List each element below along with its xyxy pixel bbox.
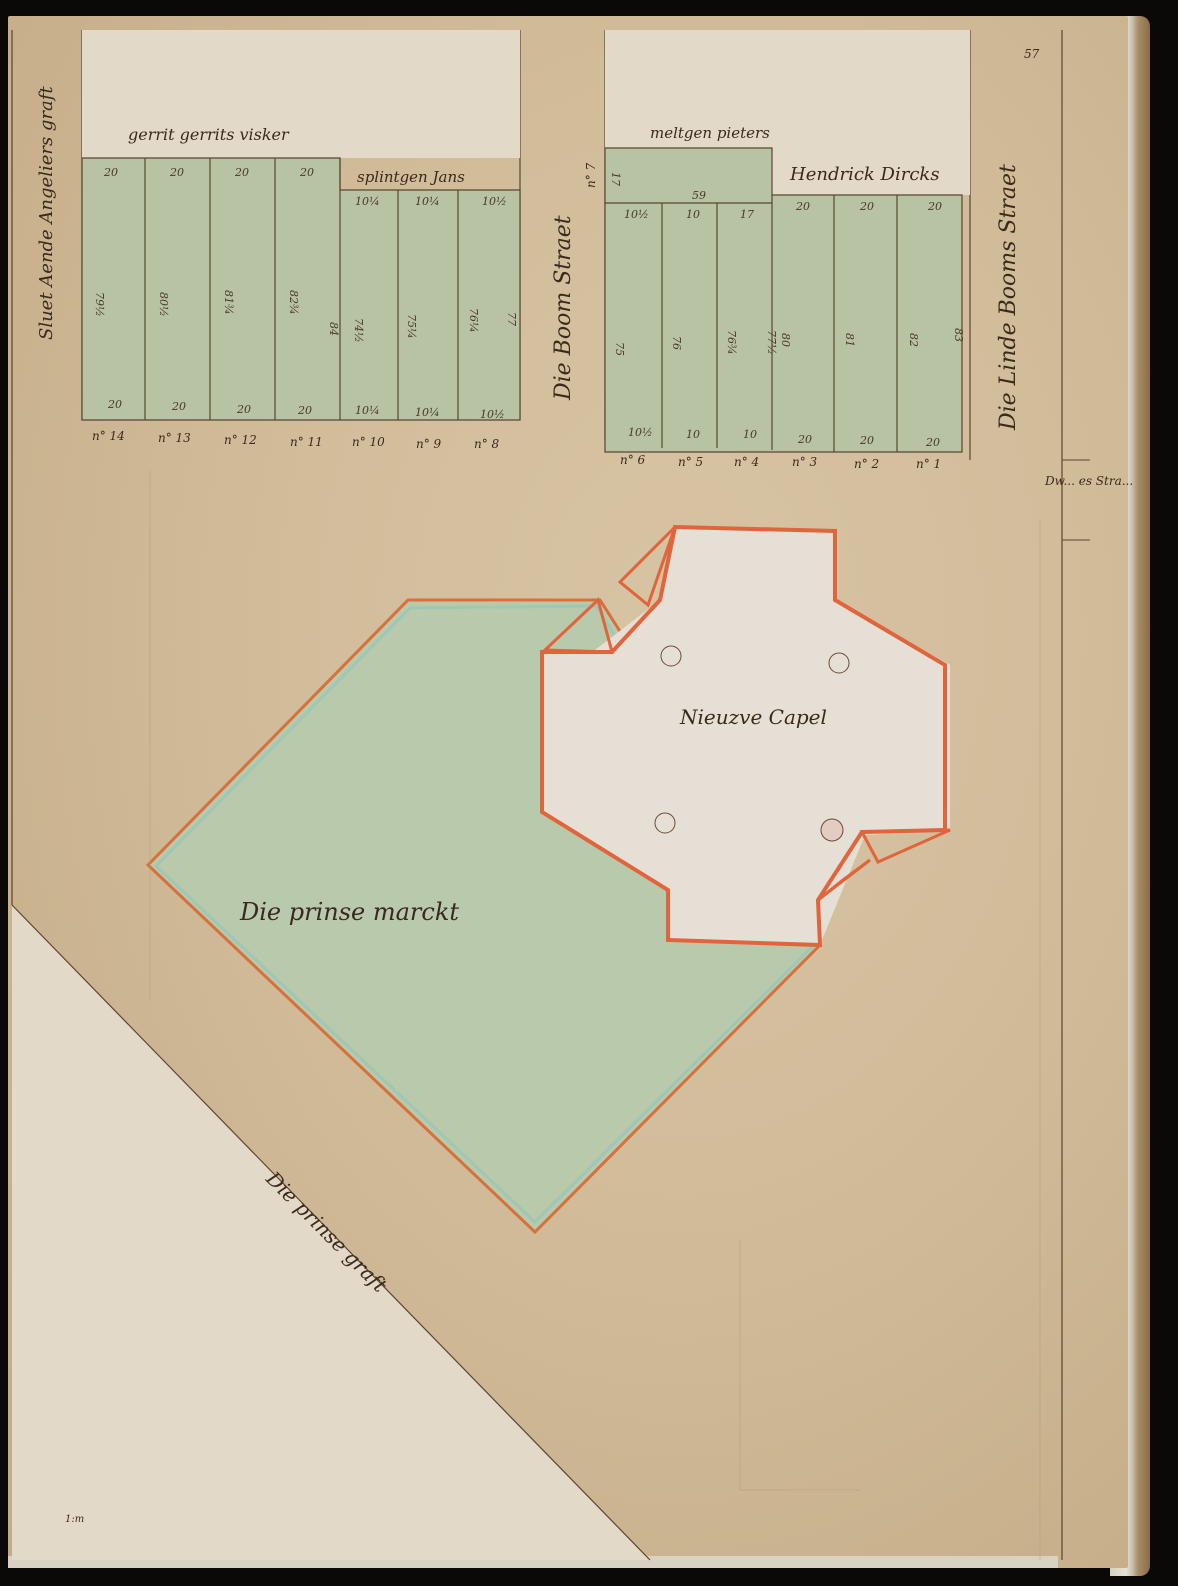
- svg-text:20: 20: [169, 166, 184, 179]
- svg-text:20: 20: [297, 404, 312, 417]
- svg-text:20: 20: [795, 200, 810, 213]
- street-number-middle: n° 7: [584, 162, 598, 188]
- svg-text:20: 20: [107, 398, 122, 411]
- svg-text:10¼: 10¼: [355, 195, 380, 208]
- svg-text:20: 20: [797, 433, 812, 446]
- pencil-note: 1:m: [65, 1514, 84, 1525]
- svg-text:75: 75: [613, 342, 626, 356]
- svg-text:20: 20: [236, 403, 251, 416]
- right-block-lot-numbers: n° 6 n° 5 n° 4 n° 3 n° 2 n° 1: [620, 453, 941, 471]
- svg-text:10¼: 10¼: [415, 406, 440, 419]
- svg-text:76¾: 76¾: [725, 330, 738, 355]
- svg-text:79½: 79½: [93, 292, 106, 317]
- owner-label: splintgen Jans: [357, 168, 465, 186]
- svg-text:n° 3: n° 3: [792, 455, 818, 469]
- svg-text:n° 2: n° 2: [854, 457, 879, 471]
- svg-text:10½: 10½: [480, 408, 505, 421]
- svg-text:n° 8: n° 8: [474, 437, 500, 451]
- svg-text:n° 9: n° 9: [416, 437, 442, 451]
- chapel-label: Nieuzve Capel: [679, 705, 827, 729]
- owner-label: Hendrick Dircks: [789, 164, 940, 185]
- svg-text:80: 80: [779, 333, 792, 347]
- svg-text:81: 81: [843, 333, 856, 347]
- svg-text:20: 20: [299, 166, 314, 179]
- svg-text:76¼: 76¼: [467, 308, 480, 333]
- svg-text:n° 12: n° 12: [224, 433, 257, 447]
- svg-text:10: 10: [686, 208, 700, 221]
- svg-text:10: 10: [743, 428, 757, 441]
- svg-text:74½: 74½: [352, 318, 365, 343]
- street-label-right: Die Linde Booms Straet: [996, 164, 1021, 431]
- svg-text:n° 10: n° 10: [352, 435, 385, 449]
- svg-text:n° 14: n° 14: [92, 429, 125, 443]
- svg-text:10½: 10½: [482, 195, 507, 208]
- svg-text:84: 84: [327, 322, 340, 336]
- svg-text:20: 20: [925, 436, 940, 449]
- street-label-left: Sluet Aende Angeliers graft: [36, 86, 57, 340]
- svg-text:n° 1: n° 1: [916, 457, 941, 471]
- svg-text:10¼: 10¼: [355, 404, 380, 417]
- svg-text:n° 5: n° 5: [678, 455, 703, 469]
- svg-text:59: 59: [692, 189, 706, 202]
- svg-text:10¼: 10¼: [415, 195, 440, 208]
- svg-text:20: 20: [927, 200, 942, 213]
- svg-text:77: 77: [505, 312, 518, 326]
- street-label-middle: Die Boom Straet: [551, 215, 576, 401]
- svg-text:17: 17: [609, 172, 622, 186]
- svg-text:n° 6: n° 6: [620, 453, 646, 467]
- svg-text:20: 20: [171, 400, 186, 413]
- svg-text:80½: 80½: [157, 292, 170, 317]
- svg-text:82: 82: [907, 333, 920, 347]
- market-label: Die prinse marckt: [239, 898, 459, 926]
- svg-text:17: 17: [740, 208, 754, 221]
- svg-text:83: 83: [952, 328, 965, 342]
- svg-text:77½: 77½: [765, 330, 778, 355]
- svg-text:20: 20: [859, 434, 874, 447]
- svg-text:20: 20: [103, 166, 118, 179]
- svg-text:20: 20: [859, 200, 874, 213]
- svg-text:n° 13: n° 13: [158, 431, 191, 445]
- left-block: [82, 158, 520, 420]
- svg-text:75¼: 75¼: [405, 314, 418, 339]
- svg-text:81¾: 81¾: [222, 290, 235, 315]
- svg-text:10: 10: [686, 428, 700, 441]
- street-label-far-right: Dw... es Stra...: [1044, 474, 1133, 488]
- owner-label: gerrit gerrits visker: [128, 125, 290, 144]
- svg-text:82¾: 82¾: [287, 290, 300, 315]
- svg-text:n° 4: n° 4: [734, 455, 759, 469]
- svg-text:n° 11: n° 11: [290, 435, 323, 449]
- left-block-lot-numbers: n° 14 n° 13 n° 12 n° 11 n° 10 n° 9 n° 8: [92, 429, 500, 451]
- svg-text:20: 20: [234, 166, 249, 179]
- map-drawing: Sluet Aende Angeliers graft Die Boom Str…: [0, 0, 1178, 1586]
- svg-text:76: 76: [670, 336, 683, 350]
- svg-text:10½: 10½: [624, 208, 649, 221]
- folio-number: 57: [1024, 47, 1040, 61]
- svg-text:10½: 10½: [628, 426, 653, 439]
- owner-label: meltgen pieters: [650, 124, 770, 142]
